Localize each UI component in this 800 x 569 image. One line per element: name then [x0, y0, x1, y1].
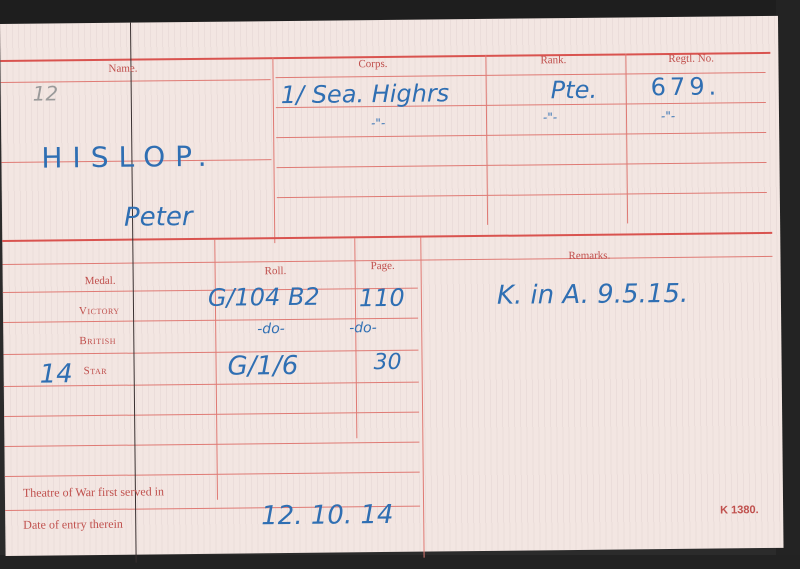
forename: Peter: [124, 202, 193, 233]
background-bottom: [0, 555, 800, 569]
rank-ditto: -"-: [543, 110, 557, 124]
medal-index-card: Name. Corps. Rank. Regtl. No. Medal. Rol…: [0, 16, 784, 556]
medal-label-victory: Victory: [79, 305, 120, 317]
surname: HISLOP.: [41, 140, 216, 175]
name-header: Name.: [108, 63, 137, 75]
medal-label-british: British: [79, 335, 116, 347]
medal-label-star: Star: [84, 365, 108, 377]
date-entry-value: 12. 10. 14: [261, 500, 394, 531]
regtl-no-ditto: -"-: [661, 109, 675, 123]
star-roll: G/1/6: [227, 351, 298, 382]
remarks-header: Remarks.: [568, 250, 610, 262]
corps-header: Corps.: [358, 58, 387, 70]
victory-page: 110: [359, 284, 405, 312]
rank-header: Rank.: [540, 54, 566, 66]
date-entry-label: Date of entry therein: [23, 517, 123, 533]
star-page: 30: [373, 350, 401, 375]
medal-header: Medal.: [85, 275, 116, 287]
british-page: -do-: [349, 320, 377, 336]
corps-value: 1/ Sea. Highrs: [281, 79, 450, 109]
regtl-no-value: 679.: [651, 72, 721, 101]
victory-roll: G/104 B2: [208, 283, 320, 312]
roll-header: Roll.: [265, 265, 287, 277]
regtl-no-header: Regtl. No.: [668, 53, 714, 65]
form-code: K 1380.: [720, 504, 759, 516]
british-roll: -do-: [257, 321, 285, 337]
star-prefix: 14: [40, 359, 73, 389]
rank-value: Pte.: [551, 76, 598, 104]
pencil-mark: 12: [33, 81, 59, 105]
corps-ditto: -"-: [371, 116, 385, 130]
theatre-label: Theatre of War first served in: [23, 484, 164, 500]
page-header: Page.: [370, 260, 394, 272]
remarks-value: K. in A. 9.5.15.: [497, 279, 689, 311]
